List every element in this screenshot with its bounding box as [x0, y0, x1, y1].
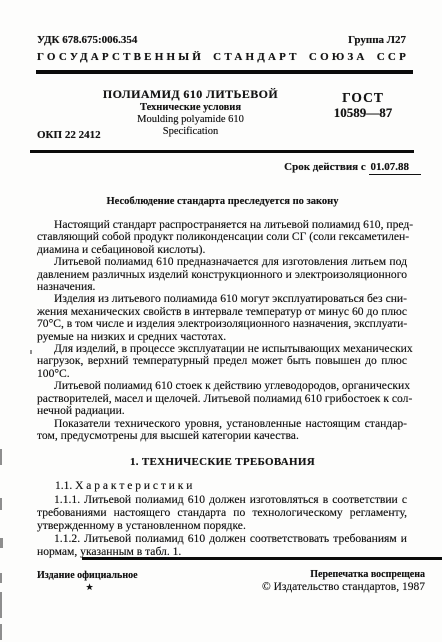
text-line: ставляющий собой продукт поликонденсации…: [37, 231, 407, 243]
text-line: утвержденному в установленном порядке.: [37, 519, 407, 532]
gost-standard-page: УДК 678.675:006.354 Группа Л27 ГОСУДАРСТ…: [0, 0, 442, 642]
reprint-notice: Перепечатка воспрещена: [310, 569, 425, 580]
law-notice: Несоблюдение стандарта преследуется по з…: [37, 196, 408, 207]
section-heading: 1. ТЕХНИЧЕСКИЕ ТРЕБОВАНИЯ: [37, 456, 408, 468]
text-line: Литьевой полиамид 610 стоек к действию у…: [37, 380, 407, 392]
text-line: требованиями настоящего стандарта по тех…: [37, 506, 407, 519]
paragraph: Показатели технического уровня, установл…: [37, 418, 407, 443]
scan-artifact: [0, 498, 2, 510]
group-label: Группа Л27: [348, 34, 406, 46]
header-rule: [36, 70, 413, 74]
scan-artifact: [30, 350, 32, 354]
paragraph: 1.1.1. Литьевой полиамид 610 должен изго…: [37, 493, 407, 532]
paragraph: Настоящий стандарт распространяется на л…: [37, 219, 407, 256]
paragraph: Для изделий, в процессе эксплуатации не …: [37, 343, 407, 380]
scan-artifact: [0, 449, 2, 465]
gost-number: 10589—87: [323, 106, 403, 121]
text-line: 1.1.1. Литьевой полиамид 610 должен изго…: [37, 493, 407, 506]
okp-code: ОКП 22 2412: [37, 129, 101, 141]
scan-artifact: [0, 538, 3, 548]
product-title-en: Moulding polyamide 610: [58, 114, 323, 125]
validity-note: Срок действия с 01.07.88: [284, 161, 421, 173]
scan-artifact: [0, 624, 2, 640]
section-subheading: 1.1. Х а р а к т е р и с т и к и: [55, 480, 192, 492]
star-icon: ★: [37, 582, 142, 593]
product-subtitle-ru: Технические условия: [58, 102, 323, 113]
text-line: 70°С, в том числе и изделия электроизоля…: [37, 318, 407, 330]
section-text: 1.1.1. Литьевой полиамид 610 должен изго…: [37, 493, 407, 558]
text-line: 1.1.2. Литьевой полиамид 610 должен соот…: [37, 532, 407, 545]
paragraph: Изделия из литьевого полиамида 610 могут…: [37, 293, 407, 343]
copyright-notice: © Издательство стандартов, 1987: [262, 581, 425, 593]
validity-label: Срок действия с: [284, 161, 366, 173]
official-edition-note: Издание официальное: [37, 570, 138, 581]
paragraph: 1.1.2. Литьевой полиамид 610 должен соот…: [37, 532, 407, 558]
product-title-ru: ПОЛИАМИД 610 ЛИТЬЕВОЙ: [58, 88, 323, 101]
title-rule: [30, 150, 414, 153]
paragraph: Литьевой полиамид 610 стоек к действию у…: [37, 380, 407, 417]
text-line: том, предусмотрены для высшей категории …: [37, 430, 407, 442]
text-line: Литьевой полиамид 610 предназначается дл…: [37, 256, 407, 268]
paragraph: Литьевой полиамид 610 предназначается дл…: [37, 256, 407, 293]
gost-designation-block: ГОСТ 10589—87: [323, 90, 403, 121]
intro-text: Настоящий стандарт распространяется на л…: [37, 219, 407, 442]
validity-date: 01.07.88: [369, 161, 422, 175]
text-line: нечной радиации.: [37, 405, 407, 417]
text-line: нагрузок, верхний температурный предел м…: [37, 355, 407, 367]
scan-artifact: [0, 592, 2, 618]
footer-rule: [82, 557, 442, 560]
scan-artifact: [0, 573, 2, 583]
text-line: Изделия из литьевого полиамида 610 могут…: [37, 293, 407, 305]
gost-label: ГОСТ: [323, 90, 403, 105]
udk-number: УДК 678.675:006.354: [37, 34, 137, 46]
standard-org-title: ГОСУДАРСТВЕННЫЙ СТАНДАРТ СОЮЗА ССР: [37, 51, 409, 63]
